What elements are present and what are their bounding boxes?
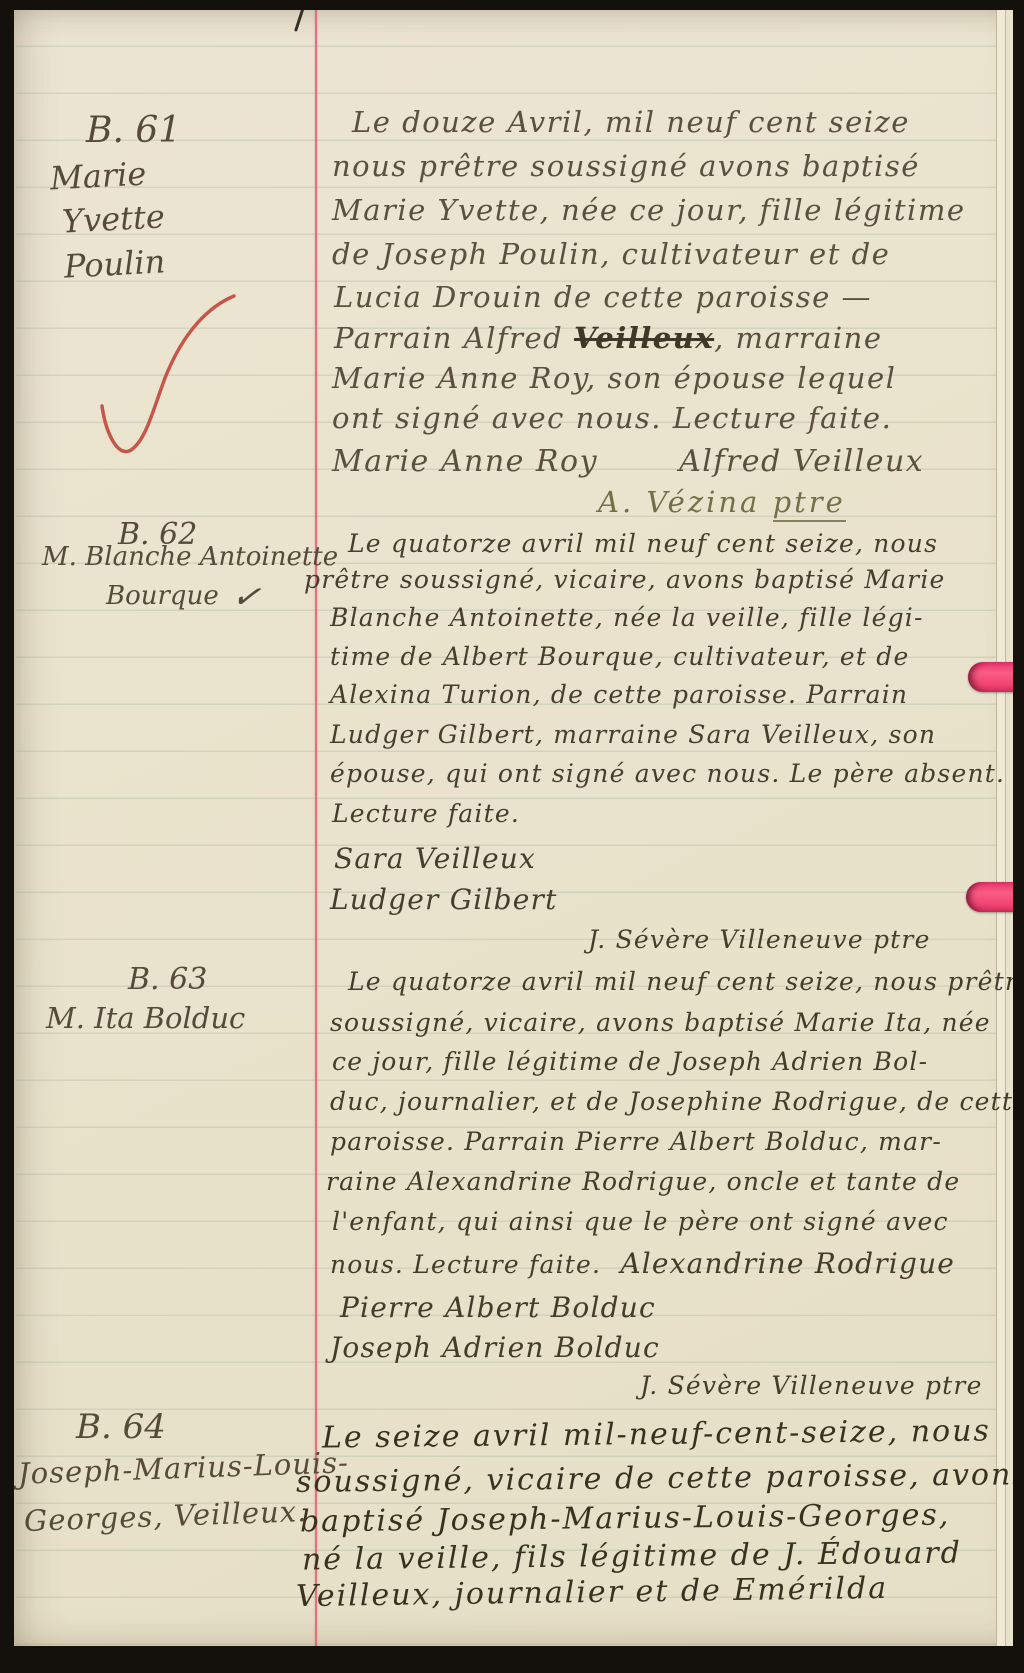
ink-tick-mark	[294, 10, 305, 32]
scan-border	[1013, 0, 1024, 1673]
register-page-scan: B. 61 Marie Yvette Poulin Le douze Avril…	[0, 0, 1024, 1673]
entry-number: B. 64	[76, 1408, 166, 1447]
signature: A. Vézina	[598, 485, 760, 519]
line-fragment: , marraine	[714, 321, 882, 355]
record-line: Ludger Gilbert, marraine Sara Veilleux, …	[330, 721, 936, 750]
record-line: paroisse. Parrain Pierre Albert Bolduc, …	[330, 1128, 942, 1157]
scan-border	[0, 0, 14, 1673]
ink-checkmark: ✓	[229, 576, 263, 619]
priest-signature: J. Sévère Villeneuve ptre	[640, 1372, 983, 1401]
bookmark-ribbon	[966, 882, 1013, 912]
page-edge	[1005, 10, 1013, 1646]
record-line: l'enfant, qui ainsi que le père ont sign…	[332, 1208, 949, 1237]
signature: Joseph Adrien Bolduc	[330, 1332, 660, 1364]
bookmark-ribbon	[968, 662, 1013, 692]
signature: Marie Anne Roy	[332, 444, 598, 479]
signature: Sara Veilleux	[334, 843, 536, 875]
signature-row: Marie Anne Roy Alfred Veilleux	[332, 445, 924, 480]
record-line: baptisé Joseph-Marius-Louis-Georges,	[300, 1499, 951, 1540]
red-checkmark-icon	[96, 292, 238, 464]
record-line: ce jour, fille légitime de Joseph Adrien…	[332, 1048, 928, 1077]
record-line: Marie Yvette, née ce jour, fille légitim…	[332, 194, 966, 227]
margin-name: M. Blanche Antoinette	[42, 543, 338, 573]
scan-border	[0, 1646, 1024, 1673]
signature: Alfred Veilleux	[679, 444, 924, 479]
record-line: Parrain Alfred Veilleux, marraine	[334, 322, 882, 355]
signature-title: ptre	[773, 485, 846, 522]
margin-name: Bourque	[106, 582, 219, 612]
record-line: soussigné, vicaire, avons baptisé Marie …	[330, 1009, 991, 1038]
record-line: ont signé avec nous. Lecture faite.	[332, 402, 892, 435]
record-line: de Joseph Poulin, cultivateur et de	[332, 238, 890, 271]
record-line: Marie Anne Roy, son épouse lequel	[332, 362, 896, 395]
margin-name: Marie	[49, 156, 147, 198]
signature: Pierre Albert Bolduc	[340, 1292, 656, 1324]
signature: Ludger Gilbert	[330, 884, 558, 916]
entry-number: B. 61	[86, 110, 181, 151]
record-line: Le quatorze avril mil neuf cent seize, n…	[348, 968, 1013, 997]
paper-sheet: B. 61 Marie Yvette Poulin Le douze Avril…	[14, 10, 1013, 1646]
record-line: nous. Lecture faite. Alexandrine Rodrigu…	[330, 1248, 955, 1280]
signature: Alexandrine Rodrigue	[620, 1247, 955, 1280]
record-line: Le quatorze avril mil neuf cent seize, n…	[348, 530, 938, 559]
record-line: raine Alexandrine Rodrigue, oncle et tan…	[326, 1168, 960, 1197]
line-fragment: Parrain Alfred	[334, 321, 574, 355]
record-line: time de Albert Bourque, cultivateur, et …	[330, 643, 910, 672]
margin-name: M. Ita Bolduc	[46, 1002, 245, 1035]
line-fragment: nous. Lecture faite.	[330, 1250, 601, 1279]
entry-number: B. 63	[128, 963, 207, 998]
record-line: Le douze Avril, mil neuf cent seize	[352, 106, 910, 139]
record-line: Le seize avril mil-neuf-cent-seize, nous	[322, 1414, 991, 1456]
record-line: épouse, qui ont signé avec nous. Le père…	[330, 760, 1005, 789]
record-line: soussigné, vicaire de cette paroisse, av…	[296, 1458, 1013, 1500]
record-line: Lecture faite.	[332, 800, 520, 829]
priest-signature: A. Vézina ptre	[598, 486, 846, 519]
priest-signature: J. Sévère Villeneuve ptre	[588, 926, 931, 955]
margin-name: Yvette	[61, 198, 166, 240]
margin-rule-line	[315, 10, 317, 1646]
scan-border	[0, 0, 1024, 10]
record-line: prêtre soussigné, vicaire, avons baptisé…	[304, 566, 946, 595]
record-line: Lucia Drouin de cette paroisse —	[334, 281, 872, 314]
margin-name: Georges, Veilleux.	[24, 1495, 308, 1538]
record-line: Alexina Turion, de cette paroisse. Parra…	[330, 681, 908, 710]
margin-name: Poulin	[63, 243, 166, 285]
record-line: Blanche Antoinette, née la veille, fille…	[330, 604, 924, 633]
record-line: Veilleux, journalier et de Emérilda	[296, 1572, 889, 1615]
record-line: duc, journalier, et de Josephine Rodrigu…	[330, 1088, 1013, 1117]
record-line: nous prêtre soussigné avons baptisé	[332, 150, 920, 183]
struck-out-word: Veilleux	[574, 321, 714, 355]
